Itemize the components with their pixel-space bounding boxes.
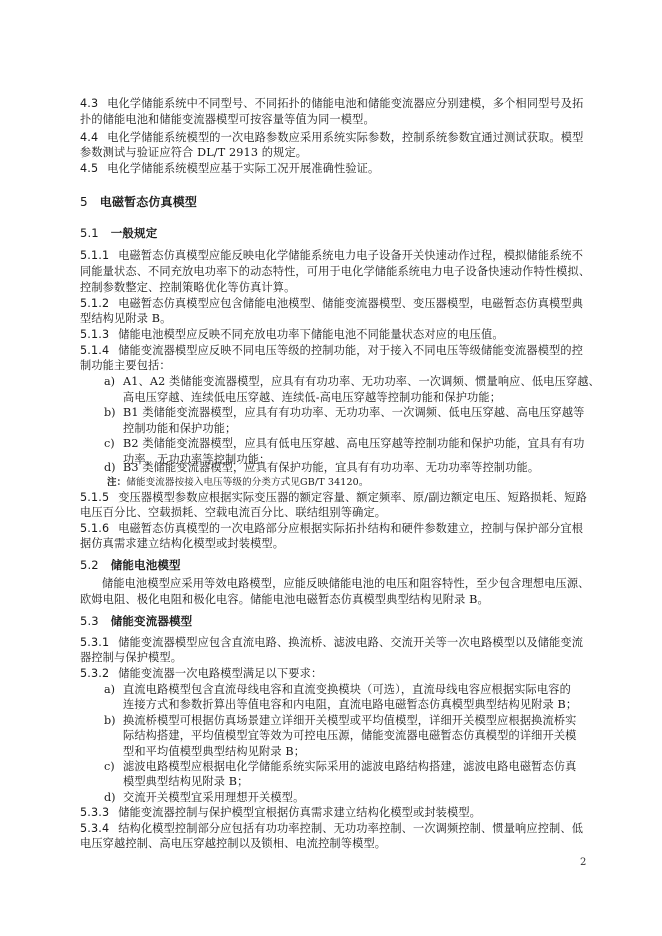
clause-text: 器控制与保护模型。: [80, 651, 182, 664]
list-item-text: B1 类储能变流器模型，应具有有功功率、无功功率、一次调频、低电压穿越、高电压穿…: [123, 406, 585, 419]
clause-5-1-1-line3: 控制参数整定、控制策略优化等仿真计算。: [80, 281, 295, 295]
list-item-text: 交流开关模型宜采用理想开关模型。: [123, 791, 304, 804]
list-item-text: 滤波电路模型应根据电化学储能系统实际采用的滤波电路结构搭建，滤波电路电磁暂态仿真: [123, 760, 577, 773]
list-item-text: 模型典型结构见附录 B；: [123, 775, 248, 788]
clause-text: 变压器模型参数应根据实际变压器的额定容量、额定频率、原/副边额定电压、短路损耗、…: [118, 491, 587, 504]
list-item-b-line3: 型和平均值模型典型结构见附录 B；: [123, 745, 305, 759]
list-label: a): [104, 683, 115, 697]
list-label: d): [104, 791, 116, 805]
clause-text: 控制参数整定、控制策略优化等仿真计算。: [80, 281, 295, 294]
clause-text: 同能量状态、不同充放电功率下的动态特性，可用于电化学储能系统电力电子设备快速动作…: [80, 265, 590, 278]
clause-text: 电磁暂态仿真模型应能反映电化学储能系统电力电子设备开关快速动作过程，模拟储能系统…: [118, 249, 583, 262]
section-5-heading: 5电磁暂态仿真模型: [80, 195, 197, 209]
section-5-2-heading: 5.2储能电池模型: [80, 558, 181, 572]
list-item-text: 连接方式和参数折算出等值电容和内电阻，直流电路电磁暂态仿真模型典型结构见附录 B…: [123, 698, 577, 711]
section-5-1-heading: 5.1一般规定: [80, 226, 157, 240]
clause-text: 储能变流器一次电路模型满足以下要求：: [118, 667, 322, 680]
clause-text: 电化学储能系统模型应基于实际工况开展准确性验证。: [107, 162, 379, 175]
clause-text: 参数测试与验证应符合 DL/T 2913 的规定。: [80, 146, 307, 159]
clause-5-3-1-line2: 器控制与保护模型。: [80, 651, 182, 665]
clause-text: 储能电池模型应反映不同充放电功率下储能电池不同能量状态对应的电压值。: [118, 328, 503, 341]
clause-5-3-4-line2: 电压穿越控制、高电压穿越控制以及锁相、电流控制等模型。: [80, 837, 386, 851]
clause-number: 5.1.1: [80, 249, 109, 262]
clause-5-1-4-line2: 制功能主要包括：: [80, 359, 171, 373]
document-page: 4.3电化学储能系统中不同型号、不同拓扑的储能电池和储能变流器应分别建模，多个相…: [0, 0, 662, 936]
clause-text: 扑的储能电池和储能变流器模型可按容量等值为同一模型。: [80, 113, 375, 126]
clause-number: 4.3: [80, 97, 98, 110]
clause-number: 5.1.6: [80, 522, 109, 535]
clause-5-1-2: 5.1.2电磁暂态仿真模型应包含储能电池模型、储能变流器模型、变压器模型，电磁暂…: [80, 297, 583, 311]
list-item-text: B3 类储能变流器模型，应具有保护功能，宜具有有功功率、无功功率等控制功能。: [123, 461, 539, 474]
section-title: 储能电池模型: [111, 558, 181, 572]
clause-text: 储能变流器控制与保护模型宜根据仿真需求建立结构化模型或封装模型。: [118, 806, 481, 819]
clause-number: 5.1.3: [80, 328, 109, 341]
paragraph-text: 储能电池模型应采用等效电路模型，应能反映储能电池的电压和阻容特性，至少包含理想电…: [102, 577, 590, 590]
clause-5-1-6: 5.1.6电磁暂态仿真模型的一次电路部分应根据实际拓扑结构和硬件参数建立，控制与…: [80, 522, 583, 536]
section-number: 5.2: [80, 558, 99, 572]
section-title: 一般规定: [111, 226, 158, 240]
clause-4-3-cont: 扑的储能电池和储能变流器模型可按容量等值为同一模型。: [80, 113, 375, 127]
clause-5-1-2-line2: 型结构见附录 B。: [80, 312, 171, 326]
list-item-text: 控制功能和保护功能；: [123, 422, 236, 435]
clause-text: 型结构见附录 B。: [80, 312, 171, 325]
list-item-text: 直流电路模型包含直流母线电容和直流变换模块（可选），直流母线电容应根据实际电容的: [123, 683, 571, 696]
list-label: d): [104, 461, 116, 475]
note-label: 注：: [107, 477, 126, 488]
section-number: 5.1: [80, 226, 99, 240]
clause-number: 4.4: [80, 131, 98, 144]
clause-text: 储能变流器模型应反映不同电压等级的控制功能，对于接入不同电压等级储能变流器模型的…: [118, 344, 583, 357]
list-item-b: 换流桥模型可根据仿真场景建立详细开关模型或平均值模型，详细开关模型应根据换流桥实: [123, 714, 577, 728]
clause-5-3-2: 5.3.2储能变流器一次电路模型满足以下要求：: [80, 667, 322, 681]
clause-5-1-1-line2: 同能量状态、不同充放电功率下的动态特性，可用于电化学储能系统电力电子设备快速动作…: [80, 265, 590, 279]
list-label: c): [104, 437, 115, 451]
list-item-text: 际结构搭建，平均值模型宜等效为可控电压源，储能变流器电磁暂态仿真模型的详细开关模: [123, 729, 577, 742]
list-item-c-line2: 模型典型结构见附录 B；: [123, 775, 248, 789]
clause-text: 储能变流器模型应包含直流电路、换流桥、滤波电路、交流开关等一次电路模型以及储能变…: [118, 636, 583, 649]
page-number: 2: [580, 857, 586, 868]
clause-text: 结构化模型控制部分应包括有功功率控制、无功功率控制、一次调频控制、惯量响应控制、…: [118, 822, 583, 835]
list-item-text: 型和平均值模型典型结构见附录 B；: [123, 745, 305, 758]
clause-number: 5.3.3: [80, 806, 109, 819]
clause-5-1-1: 5.1.1电磁暂态仿真模型应能反映电化学储能系统电力电子设备开关快速动作过程，模…: [80, 249, 583, 263]
clause-5-1-5: 5.1.5变压器模型参数应根据实际变压器的额定容量、额定频率、原/副边额定电压、…: [80, 491, 587, 505]
clause-number: 5.3.4: [80, 822, 109, 835]
list-item-a-line2: 高电压穿越、连续低电压穿越、连续低-高电压穿越等控制功能和保护功能；: [123, 391, 501, 405]
clause-5-1-3: 5.1.3储能电池模型应反映不同充放电功率下储能电池不同能量状态对应的电压值。: [80, 328, 504, 342]
clause-4-5: 4.5电化学储能系统模型应基于实际工况开展准确性验证。: [80, 162, 379, 176]
clause-5-1-5-line2: 电压百分比、空载损耗、空载电流百分比、联结组别等确定。: [80, 506, 386, 520]
clause-4-4: 4.4电化学储能系统模型的一次电路参数应采用系统实际参数，控制系统参数宜通过测试…: [80, 131, 583, 145]
clause-number: 5.1.2: [80, 297, 109, 310]
list-item-c: 滤波电路模型应根据电化学储能系统实际采用的滤波电路结构搭建，滤波电路电磁暂态仿真: [123, 760, 577, 774]
clause-text: 电压穿越控制、高电压穿越控制以及锁相、电流控制等模型。: [80, 837, 386, 850]
clause-number: 5.3.2: [80, 667, 109, 680]
note: 注：储能变流器按接入电压等级的分类方式见GB/T 34120。: [107, 476, 369, 490]
list-label: b): [104, 406, 116, 420]
clause-number: 4.5: [80, 162, 98, 175]
note-text: 储能变流器按接入电压等级的分类方式见GB/T 34120。: [126, 477, 368, 488]
list-item-a: A1、A2 类储能变流器模型，应具有有功功率、无功功率、一次调频、惯量响应、低电…: [123, 375, 600, 389]
list-item-b-line2: 际结构搭建，平均值模型宜等效为可控电压源，储能变流器电磁暂态仿真模型的详细开关模: [123, 729, 577, 743]
list-item-a-line2: 连接方式和参数折算出等值电容和内电阻，直流电路电磁暂态仿真模型典型结构见附录 B…: [123, 698, 577, 712]
list-item-b-line2: 控制功能和保护功能；: [123, 422, 236, 436]
clause-5-1-4: 5.1.4储能变流器模型应反映不同电压等级的控制功能，对于接入不同电压等级储能变…: [80, 344, 583, 358]
list-label: c): [104, 760, 115, 774]
list-item-text: 高电压穿越、连续低电压穿越、连续低-高电压穿越等控制功能和保护功能；: [123, 391, 501, 404]
list-item-d: 交流开关模型宜采用理想开关模型。: [123, 791, 304, 805]
list-item-c: B2 类储能变流器模型，应具有低电压穿越、高电压穿越等控制功能和保护功能，宜具有…: [123, 437, 585, 451]
list-item-text: A1、A2 类储能变流器模型，应具有有功功率、无功功率、一次调频、惯量响应、低电…: [123, 375, 600, 388]
clause-text: 电化学储能系统模型的一次电路参数应采用系统实际参数，控制系统参数宜通过测试获取。…: [107, 131, 583, 144]
paragraph-5-2-line2: 欧姆电阻、极化电阻和极化电容。储能电池电磁暂态仿真模型典型结构见附录 B。: [80, 593, 489, 607]
list-item-d: B3 类储能变流器模型，应具有保护功能，宜具有有功功率、无功功率等控制功能。: [123, 461, 539, 475]
clause-5-3-1: 5.3.1储能变流器模型应包含直流电路、换流桥、滤波电路、交流开关等一次电路模型…: [80, 636, 583, 650]
section-number: 5: [80, 195, 88, 209]
paragraph-5-2: 储能电池模型应采用等效电路模型，应能反映储能电池的电压和阻容特性，至少包含理想电…: [102, 577, 590, 591]
clause-number: 5.1.4: [80, 344, 109, 357]
clause-text: 电化学储能系统中不同型号、不同拓扑的储能电池和储能变流器应分别建模，多个相同型号…: [107, 97, 583, 110]
section-5-3-heading: 5.3储能变流器模型: [80, 614, 192, 628]
clause-text: 电压百分比、空载损耗、空载电流百分比、联结组别等确定。: [80, 506, 386, 519]
clause-5-1-6-line2: 据仿真需求建立结构化模型或封装模型。: [80, 537, 284, 551]
section-title: 电磁暂态仿真模型: [100, 195, 197, 209]
section-number: 5.3: [80, 614, 99, 628]
clause-number: 5.1.5: [80, 491, 109, 504]
list-item-a: 直流电路模型包含直流母线电容和直流变换模块（可选），直流母线电容应根据实际电容的: [123, 683, 571, 697]
list-label: b): [104, 714, 116, 728]
clause-4-3: 4.3电化学储能系统中不同型号、不同拓扑的储能电池和储能变流器应分别建模，多个相…: [80, 97, 583, 111]
clause-4-4-cont: 参数测试与验证应符合 DL/T 2913 的规定。: [80, 146, 307, 160]
list-item-text: 换流桥模型可根据仿真场景建立详细开关模型或平均值模型，详细开关模型应根据换流桥实: [123, 714, 577, 727]
clause-text: 电磁暂态仿真模型的一次电路部分应根据实际拓扑结构和硬件参数建立，控制与保护部分宜…: [118, 522, 583, 535]
clause-text: 电磁暂态仿真模型应包含储能电池模型、储能变流器模型、变压器模型，电磁暂态仿真模型…: [118, 297, 583, 310]
clause-text: 制功能主要包括：: [80, 359, 171, 372]
clause-5-3-3: 5.3.3储能变流器控制与保护模型宜根据仿真需求建立结构化模型或封装模型。: [80, 806, 481, 820]
list-item-text: B2 类储能变流器模型，应具有低电压穿越、高电压穿越等控制功能和保护功能，宜具有…: [123, 437, 585, 450]
list-label: a): [104, 375, 115, 389]
clause-number: 5.3.1: [80, 636, 109, 649]
clause-5-3-4: 5.3.4结构化模型控制部分应包括有功功率控制、无功功率控制、一次调频控制、惯量…: [80, 822, 583, 836]
paragraph-text: 欧姆电阻、极化电阻和极化电容。储能电池电磁暂态仿真模型典型结构见附录 B。: [80, 593, 489, 606]
section-title: 储能变流器模型: [111, 614, 193, 628]
clause-text: 据仿真需求建立结构化模型或封装模型。: [80, 537, 284, 550]
list-item-b: B1 类储能变流器模型，应具有有功功率、无功功率、一次调频、低电压穿越、高电压穿…: [123, 406, 585, 420]
